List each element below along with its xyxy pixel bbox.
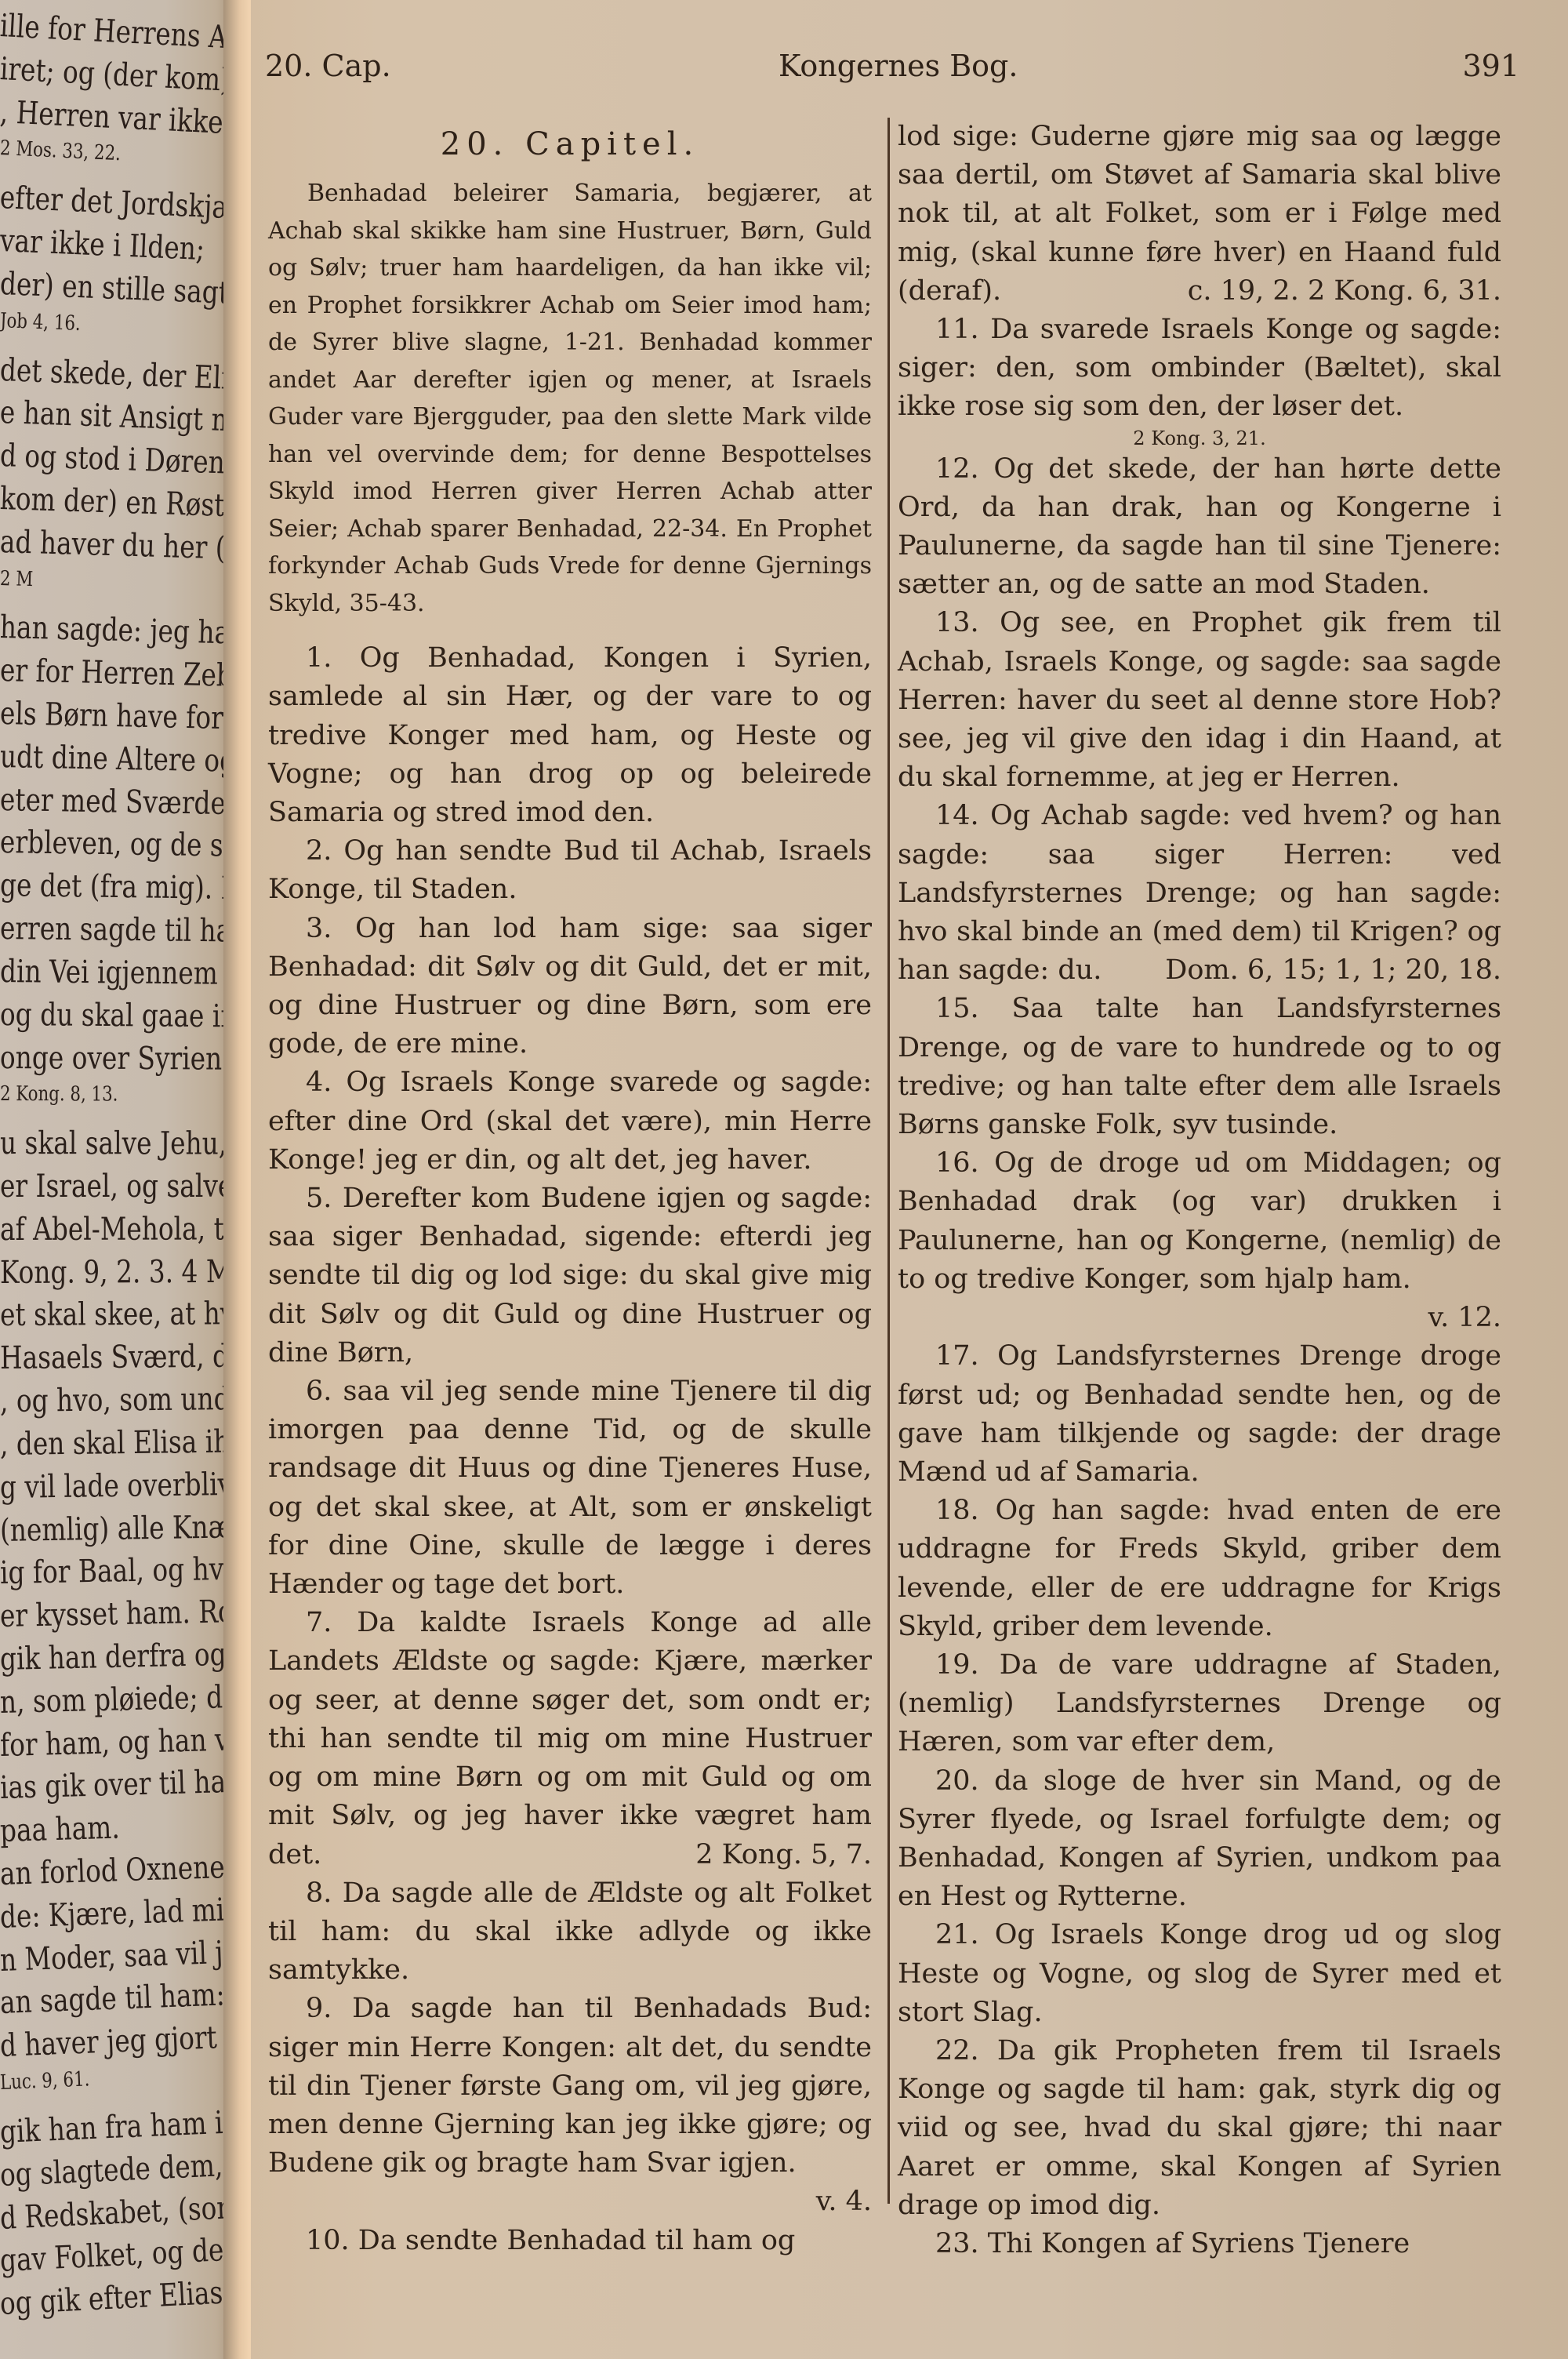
left-page-line: ig for Baal, og hver [0, 1551, 235, 1592]
cross-reference: v. 4. [779, 2183, 872, 2221]
left-page-line: ias gik over til ham og [0, 1762, 235, 1806]
left-page-line: d Redskabet, (som var [0, 2186, 235, 2236]
verse: 21. Og Israels Konge drog ud og slog Hes… [898, 1916, 1501, 2032]
left-page-line: de: Kjære, lad mig kysse [0, 1888, 235, 1935]
verse-number: 20. [935, 1765, 994, 1797]
left-page-line: ad haver du her (at [0, 524, 235, 567]
verse-number: 19. [935, 1649, 1000, 1681]
verse-text: Og han sendte Bud til Achab, Israels Kon… [268, 835, 872, 905]
left-page-line: Hasaels Sværd, den [0, 1339, 235, 1377]
right-page: 20. Cap. Kongernes Bog. 391 20. Capitel.… [251, 0, 1568, 2359]
verse-number: 8. [306, 1877, 343, 1909]
right-column: lod sige: Guderne gjøre mig saa og lægge… [898, 118, 1501, 2263]
left-page-line: det skede, der Elias [0, 352, 235, 398]
left-page-line: er for Herren Zebaoth [0, 652, 235, 696]
left-page-line: din Vei igjennem [0, 954, 218, 992]
verse: 19. Da de vare uddragne af Staden, (neml… [898, 1646, 1501, 1762]
left-page-line: udt dine Altere og ihjel [0, 739, 235, 780]
left-page-line: 2 M [0, 567, 34, 591]
verse-text: Thi Kongen af Syriens Tjenere [988, 2228, 1410, 2259]
verse-number: 12. [935, 453, 993, 485]
left-page-line: erbleven, og de søge [0, 824, 235, 864]
left-page-line: Kong. 9, 2. 3. 4 Mos. [0, 1253, 235, 1290]
left-page-line: et skal skee, at hvo, som [0, 1296, 235, 1333]
left-page-line: gik han fra ham igjen [0, 2103, 235, 2150]
left-page-line: for ham, og han var [0, 1721, 235, 1763]
verse-number: 10. [306, 2225, 358, 2256]
running-head: 20. Cap. Kongernes Bog. 391 [265, 49, 1519, 96]
verse-number: 17. [935, 1340, 997, 1372]
chapter-title: 20. Capitel. [268, 125, 872, 164]
verse-number: 16. [935, 1147, 994, 1179]
verse: 16. Og de droge ud om Middagen; og Benha… [898, 1144, 1501, 1337]
left-page-line: gik han derfra og fandt [0, 1635, 235, 1677]
left-page-line: efter det Jordskjælv [0, 180, 235, 227]
left-page-line: n Moder, saa vil jeg [0, 1933, 235, 1978]
verse: 10. Da sendte Benhadad til ham og [268, 2222, 872, 2260]
left-page-line: n, som pløiede; der var [0, 1677, 235, 1721]
left-page-line: an forlod Oxnene og løb [0, 1847, 235, 1892]
left-page-line: og slagtede dem, og [0, 2146, 235, 2194]
cross-reference: 2 Kong. 3, 21. [898, 427, 1501, 450]
left-page-line: , den skal Elisa ihjelslaa [0, 1423, 235, 1463]
left-page-line: og du skal gaae ind [0, 997, 235, 1034]
verse-number: 21. [935, 1919, 995, 1950]
left-page-line: , og hvo, som undkommer [0, 1380, 235, 1419]
verse-number: 14. [935, 800, 990, 831]
left-page-line: der) en stille sagte Lyd. [0, 266, 235, 314]
verse: 8. Da sagde alle de Ældste og alt Folket… [268, 1874, 872, 1990]
verse-text: Da kaldte Israels Konge ad alle Landets … [268, 1607, 872, 1870]
verse: 22. Da gik Propheten frem til Israels Ko… [898, 2032, 1501, 2225]
left-page-line: gav Folket, og de aade [0, 2229, 235, 2279]
verse-number: 18. [935, 1495, 995, 1526]
left-page-line: kom der) en Røst til [0, 481, 235, 525]
left-page-line: (nemlig) alle Knæe, [0, 1508, 235, 1548]
verse-number: 15. [935, 993, 1011, 1024]
cross-reference: v. 12. [1390, 1299, 1501, 1337]
verse: 11. Da svarede Israels Konge og sagde: s… [898, 311, 1501, 427]
left-page-line: er kysset ham. Rom. [0, 1594, 235, 1635]
verse: 18. Og han sagde: hvad enten de ere uddr… [898, 1492, 1501, 1646]
left-page-line: e han sit Ansigt med [0, 394, 235, 440]
verse-number: 3. [306, 913, 355, 944]
left-page-line: 2 Mos. 33, 22. [0, 136, 122, 165]
verse-number: 1. [306, 642, 360, 674]
verse: 17. Og Landsfyrsternes Drenge droge førs… [898, 1337, 1501, 1492]
left-page-line: , Herren var ikke i [0, 94, 235, 142]
verse-text: Da sagde han til Benhadads Bud: siger mi… [268, 1993, 872, 2179]
column-divider [887, 118, 890, 2204]
verse-number: 6. [306, 1376, 343, 1407]
verse: 12. Og det skede, der han hørte dette Or… [898, 450, 1501, 605]
left-verses: 1. Og Benhadad, Kongen i Syrien, samlede… [268, 639, 872, 2260]
left-page-line: u skal salve Jehu, Nimsi [0, 1125, 235, 1162]
left-page-line: Luc. 9, 61. [0, 2067, 90, 2095]
verse-text: Da sagde alle de Ældste og alt Folket ti… [268, 1877, 872, 1986]
verse-number: 7. [306, 1607, 357, 1638]
verse: 9. Da sagde han til Benhadads Bud: siger… [268, 1990, 872, 2221]
left-page-line: els Børn have forladt [0, 696, 235, 737]
verse: 23. Thi Kongen af Syriens Tjenere [898, 2225, 1501, 2263]
left-page-line: ille for Herrens Ansigt [0, 8, 235, 59]
left-page-line: g vil lade overblive i [0, 1466, 235, 1506]
verse: 20. da sloge de hver sin Mand, og de Syr… [898, 1762, 1501, 1917]
left-page-line: og gik efter Elias og [0, 2273, 235, 2322]
right-verses: lod sige: Guderne gjøre mig saa og lægge… [898, 118, 1501, 2263]
verse: 7. Da kaldte Israels Konge ad alle Lande… [268, 1604, 872, 1874]
verse: 6. saa vil jeg sende mine Tjenere til di… [268, 1372, 872, 1604]
verse: 14. Og Achab sagde: ved hvem? og han sag… [898, 797, 1501, 990]
verse-number: 9. [306, 1993, 352, 2024]
left-page-line: an sagde til ham: gak [0, 1975, 235, 2021]
left-page-line: var ikke i Ilden; [0, 223, 205, 267]
verse-number: 23. [935, 2228, 988, 2259]
left-page-line: d haver jeg gjort ved [0, 2018, 235, 2064]
verse-number: 13. [935, 607, 1000, 638]
verse-number: 11. [935, 314, 990, 345]
left-page-line: paa ham. [0, 1810, 120, 1849]
cross-reference: Dom. 6, 15; 1, 1; 20, 18. [1127, 951, 1501, 990]
verse: lod sige: Guderne gjøre mig saa og lægge… [898, 118, 1501, 311]
verse: 2. Og han sendte Bud til Achab, Israels … [268, 832, 872, 909]
verse: 15. Saa talte han Landsfyrsternes Drenge… [898, 990, 1501, 1144]
left-page-line: eter med Sværdet; og [0, 782, 235, 823]
verse-number: 5. [306, 1183, 343, 1214]
verse-text: Da sendte Benhadad til ham og [358, 2225, 796, 2256]
verse: 5. Derefter kom Budene igjen og sagde: s… [268, 1179, 872, 1372]
left-page-line: ge det (fra mig). Ps. [0, 867, 235, 907]
left-page-line: iret; og (der kom) et [0, 51, 235, 100]
left-page-line: af Abel-Mehola, til Pro [0, 1211, 235, 1248]
verse: 4. Og Israels Konge svarede og sagde: ef… [268, 1063, 872, 1179]
verse-text: Derefter kom Budene igjen og sagde: saa … [268, 1183, 872, 1369]
left-column: 20. Capitel. Benhadad beleirer Samaria, … [268, 118, 872, 2260]
verse: 1. Og Benhadad, Kongen i Syrien, samlede… [268, 639, 872, 832]
left-page-line: er Israel, og salve Elisa [0, 1169, 235, 1205]
left-page-line: 2 Kong. 8, 13. [0, 1082, 118, 1107]
verse-number: 4. [306, 1067, 346, 1098]
running-head-book: Kongernes Bog. [779, 49, 1018, 83]
left-page-line: Job 4, 16. [0, 309, 81, 336]
chapter-summary: Benhadad beleirer Samaria, begjærer, at … [268, 175, 872, 622]
running-head-chapter: 20. Cap. [265, 49, 391, 83]
left-page-line: onge over Syrien. [0, 1040, 230, 1078]
verse: 13. Og see, en Prophet gik frem til Acha… [898, 604, 1501, 797]
verse: 3. Og han lod ham sige: saa siger Benhad… [268, 910, 872, 1064]
verse-text: Og han lod ham sige: saa siger Benhadad:… [268, 913, 872, 1060]
left-page-line: erren sagde til ham: gak [0, 911, 235, 951]
page-number: 391 [1462, 49, 1519, 83]
verse-text: Og Israels Konge svarede og sagde: efter… [268, 1067, 872, 1175]
cross-reference: 2 Kong. 5, 7. [658, 1836, 872, 1874]
left-facing-page: ille for Herrens Ansigtiret; og (der kom… [0, 0, 235, 2359]
left-page-line: d og stod i Døren paa [0, 438, 235, 483]
verse-text: saa vil jeg sende mine Tjenere til dig i… [268, 1376, 872, 1600]
verse-number: 22. [935, 2035, 997, 2066]
left-page-line: han sagde: jeg haver [0, 609, 235, 652]
cross-reference: c. 19, 2. 2 Kong. 6, 31. [1188, 272, 1501, 311]
verse-number: 2. [306, 835, 343, 867]
